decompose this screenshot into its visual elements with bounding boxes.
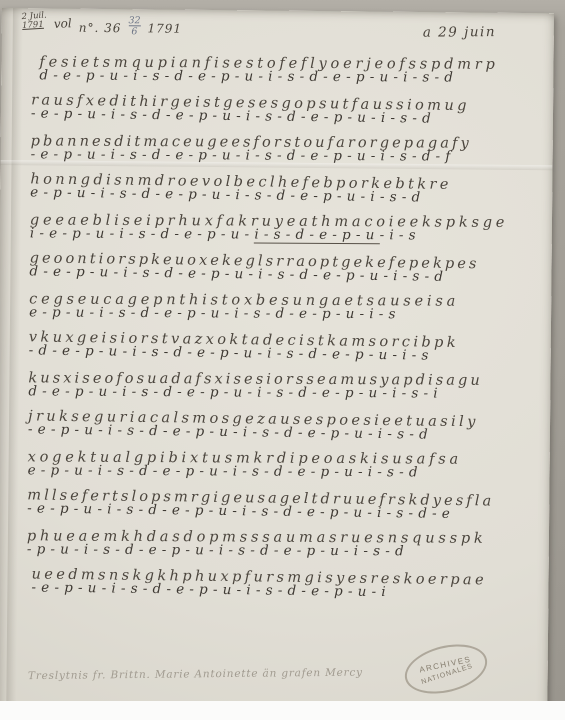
cipher-key-line: e-p-u-i-s-d-e-p-u-i-s-d-e-p-u-i-s	[29, 305, 535, 323]
key-segment: -p-u-i-s-d-e-p-u-i-s-d-e-p-u-i-s-d	[27, 541, 409, 559]
key-segment: i-e-p-u-i-s-d-e-p-u-	[30, 225, 255, 242]
note-fraction-numerator: 32	[128, 16, 140, 25]
cipher-key-line: i-e-p-u-i-s-d-e-p-u-i-s-d-e-p-u-i-s	[30, 226, 536, 244]
key-segment: d-e-p-u-i-s-d-e-p-u-i-s-d-e-p-u-i-s-d	[39, 67, 458, 85]
photo-backdrop: 2 Juil. 1791 vol n°. 36 32 6 1791 a 29 j…	[0, 0, 565, 720]
cipher-line-pair: fesietsmqupianfisestofeflyoerjeofsspdmrp…	[31, 53, 537, 86]
cipher-line-pair: mllsefertslopsmrgigeusageltdruuefrskdyes…	[27, 486, 533, 523]
note-fraction: 32 6	[128, 16, 140, 36]
cipher-line-pair: phueaemkhdasdopmsssaumasruesnsqusspk -p-…	[27, 527, 533, 560]
cipher-line-pair: honngdisnmdroevolbeclhefebporkebtkre e-p…	[30, 170, 536, 207]
cipher-key-line: -p-u-i-s-d-e-p-u-i-s-d-e-p-u-i-s-d	[27, 542, 533, 560]
cipher-line-pair: cegseucagepnthistoxbesungaetsauseisa e-p…	[29, 290, 535, 323]
key-segment: e-p-u-i-s-d-e-p-u-i-s-d-e-p-u-i-s-d	[28, 462, 423, 480]
cipher-line-pair: kusxiseofosuadafsxisesiorsseamusyapdisag…	[28, 369, 534, 402]
cipher-line-pair: pbannesditmaceugeesforstoufarorgepagafy …	[31, 132, 537, 165]
archival-note: 2 Juil. 1791 vol n°. 36 32 6 1791	[22, 10, 182, 37]
key-segment: d-e-p-u-i-s-d-e-p-u-i-s-d-e-p-u-i-s-i	[28, 383, 443, 401]
cipher-line-pair: geeaebliseiprhuxfakruyeathmacoieekspksge…	[30, 211, 536, 244]
key-segment: -i-s	[380, 227, 421, 243]
letter-paper: 2 Juil. 1791 vol n°. 36 32 6 1791 a 29 j…	[0, 8, 554, 713]
cipher-key-line: -e-p-u-i-s-d-e-p-u-i-s-d-e-p-u-i-s-d-f	[31, 147, 537, 165]
cipher-body: fesietsmqupianfisestofeflyoerjeofsspdmrp…	[26, 52, 537, 600]
paper-crease-vertical	[6, 8, 23, 708]
cipher-line-pair: jrukseguriacalsmosgezausespoesieetuasily…	[28, 407, 534, 444]
note-date: 2 Juil. 1791	[21, 12, 47, 31]
cipher-line-pair: xogektualgpibixtusmkrdipeoaskisusafsa e-…	[28, 448, 534, 481]
cipher-key-line: e-p-u-i-s-d-e-p-u-i-s-d-e-p-u-i-s-d	[28, 463, 534, 481]
note-date-year: 1791	[22, 21, 48, 31]
dateline: a 29 juin	[423, 24, 496, 41]
cipher-key-line: d-e-p-u-i-s-d-e-p-u-i-s-d-e-p-u-i-s-d	[39, 68, 537, 86]
cipher-line-pair: geoontiorspkeuoxekeglsrraoptgekefepekpes…	[29, 249, 535, 286]
note-vol-label: vol	[54, 16, 72, 31]
cipher-line-pair: ueedmsnskgkhphuxpfursmgisyesreskoerpae -…	[26, 565, 532, 602]
note-number: n°. 36	[79, 21, 122, 35]
cipher-line-pair: vkuxgeisiorstvazxoktadecistkamsorcibpk -…	[29, 328, 535, 365]
key-underlined-segment: i-s-d-e-p-u	[254, 227, 379, 245]
key-segment: e-p-u-i-s-d-e-p-u-i-s-d-e-p-u-i-s	[29, 304, 401, 322]
note-fraction-denominator: 6	[128, 25, 140, 36]
bottom-white-strip	[0, 701, 565, 720]
cipher-key-line: d-e-p-u-i-s-d-e-p-u-i-s-d-e-p-u-i-s-i	[28, 384, 534, 402]
note-year: 1791	[147, 21, 182, 35]
cipher-line-pair: rausfxedithirgeistgesesgopsutfaussiomug …	[31, 91, 537, 128]
key-segment: -e-p-u-i-s-d-e-p-u-i-s-d-e-p-u-i-s-d-f	[31, 146, 456, 164]
